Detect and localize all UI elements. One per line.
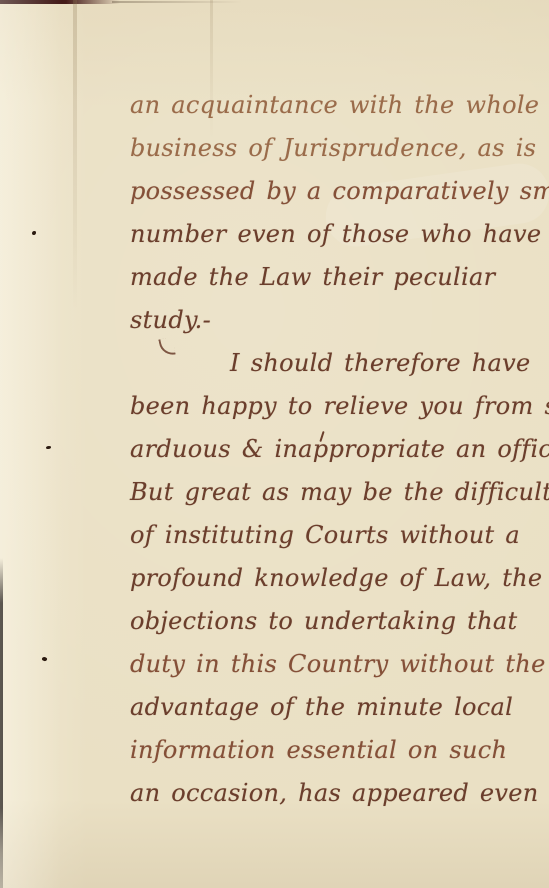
handwritten-line: of instituting Courts without a: [130, 514, 542, 557]
vertical-fold-crease: [73, 0, 77, 310]
letter-body: an acquaintance with the whole business …: [130, 84, 542, 815]
handwritten-line: possessed by a comparatively small: [130, 170, 542, 213]
handwritten-line: I should therefore have: [130, 342, 542, 385]
handwritten-line: profound knowledge of Law, the: [130, 557, 542, 600]
manuscript-page: an acquaintance with the whole business …: [0, 0, 549, 888]
handwritten-line: objections to undertaking that: [130, 600, 542, 643]
handwritten-line: an occasion, has appeared even: [130, 772, 542, 815]
handwritten-line: But great as may be the difficulty: [130, 471, 542, 514]
handwritten-line: information essential on such: [130, 729, 542, 772]
top-edge-crease: [112, 1, 242, 3]
handwritten-line: arduous & inappropriate an office -: [130, 428, 542, 471]
handwritten-line: an acquaintance with the whole: [130, 84, 542, 127]
handwritten-line: number even of those who have: [130, 213, 542, 256]
handwritten-line: study.-: [130, 299, 542, 342]
handwritten-line: advantage of the minute local: [130, 686, 542, 729]
handwritten-line: duty in this Country without the: [130, 643, 542, 686]
handwritten-line: business of Jurisprudence, as is: [130, 127, 542, 170]
handwritten-line: been happy to relieve you from so: [130, 385, 542, 428]
paper-light-band: [0, 0, 62, 888]
handwritten-line: made the Law their peculiar: [130, 256, 542, 299]
